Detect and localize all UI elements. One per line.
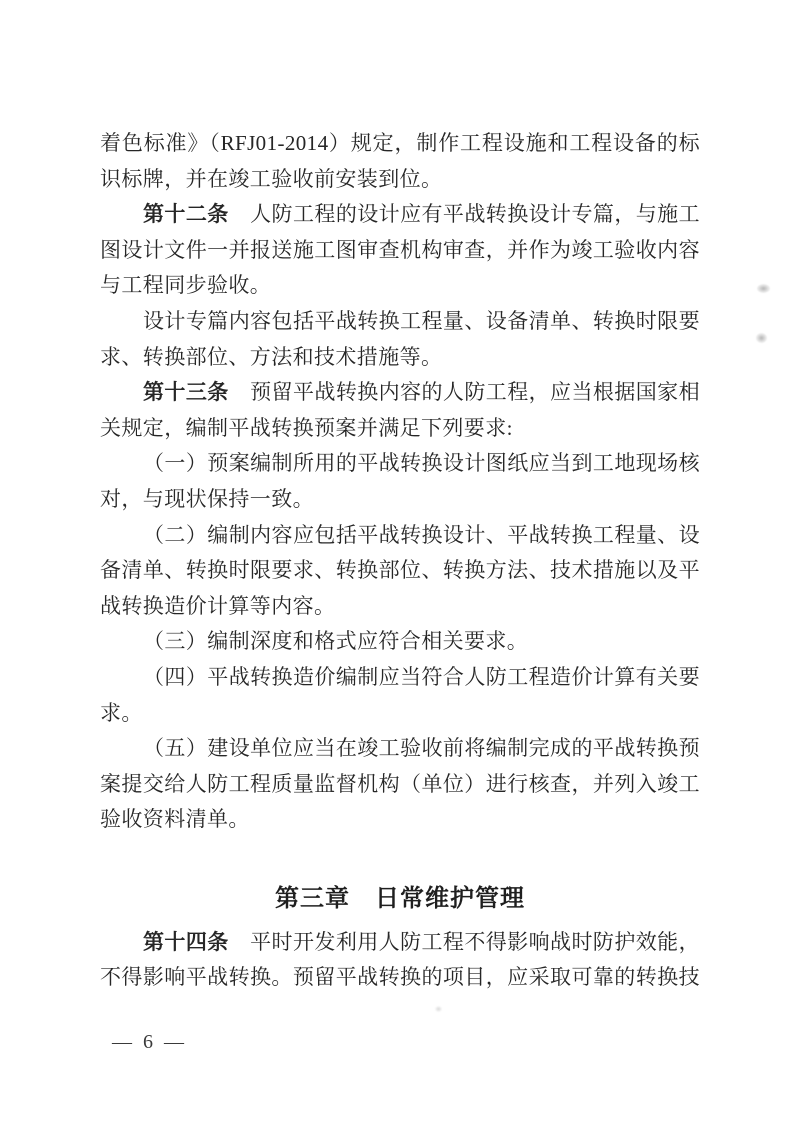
paragraph: （四）平战转换造价编制应当符合人防工程造价计算有关要求。 (100, 660, 700, 731)
body-text: 求。 (100, 701, 143, 725)
scan-smudge-artifact (757, 284, 770, 293)
scan-smudge-artifact (435, 1006, 442, 1012)
page-number: — 6 — (112, 1031, 187, 1054)
text-line: 案提交给人防工程质量监督机构（单位）进行核查，并列入竣工 (100, 767, 700, 803)
text-line: 求。 (100, 696, 700, 732)
text-line: 第十四条 平时开发利用人防工程不得影响战时防护效能， (100, 925, 700, 961)
body-text: 平时开发利用人防工程不得影响战时防护效能， (229, 930, 700, 954)
body-text: 着色标准》（RFJ01-2014）规定，制作工程设施和工程设备的标 (100, 131, 700, 155)
text-line: 关规定，编制平战转换预案并满足下列要求: (100, 411, 700, 447)
text-line: 求、转换部位、方法和技术措施等。 (100, 340, 700, 376)
paragraph: （五）建设单位应当在竣工验收前将编制完成的平战转换预案提交给人防工程质量监督机构… (100, 731, 700, 838)
text-line: 识标牌，并在竣工验收前安装到位。 (100, 162, 700, 198)
body-text: 设计专篇内容包括平战转换工程量、设备清单、转换时限要 (143, 309, 700, 333)
scanned-document-page: 着色标准》（RFJ01-2014）规定，制作工程设施和工程设备的标识标牌，并在竣… (0, 0, 793, 1122)
body-text: 人防工程的设计应有平战转换设计专篇，与施工 (229, 202, 700, 226)
body-text: 预留平战转换内容的人防工程，应当根据国家相 (229, 380, 700, 404)
body-text: （二）编制内容应包括平战转换设计、平战转换工程量、设 (143, 523, 700, 547)
chapter-heading: 第三章 日常维护管理 (100, 880, 700, 918)
paragraph: 第十四条 平时开发利用人防工程不得影响战时防护效能，不得影响平战转换。预留平战转… (100, 925, 700, 996)
document-body: 着色标准》（RFJ01-2014）规定，制作工程设施和工程设备的标识标牌，并在竣… (100, 126, 700, 996)
text-line: 图设计文件一并报送施工图审查机构审查，并作为竣工验收内容 (100, 233, 700, 269)
text-line: 战转换造价计算等内容。 (100, 589, 700, 625)
paragraph: 第十二条 人防工程的设计应有平战转换设计专篇，与施工图设计文件一并报送施工图审查… (100, 197, 700, 304)
article-number: 第十二条 (143, 202, 229, 226)
text-line: 第十二条 人防工程的设计应有平战转换设计专篇，与施工 (100, 197, 700, 233)
text-line: 备清单、转换时限要求、转换部位、转换方法、技术措施以及平 (100, 553, 700, 589)
body-text: 求、转换部位、方法和技术措施等。 (100, 345, 442, 369)
scan-smudge-artifact (756, 333, 767, 343)
text-line: （二）编制内容应包括平战转换设计、平战转换工程量、设 (100, 518, 700, 554)
body-text: 关规定，编制平战转换预案并满足下列要求: (100, 416, 513, 440)
text-line: （三）编制深度和格式应符合相关要求。 (100, 624, 700, 660)
article-number: 第十四条 (143, 930, 229, 954)
body-text: 与工程同步验收。 (100, 273, 271, 297)
text-line: 设计专篇内容包括平战转换工程量、设备清单、转换时限要 (100, 304, 700, 340)
paragraph: 第十三条 预留平战转换内容的人防工程，应当根据国家相关规定，编制平战转换预案并满… (100, 375, 700, 446)
text-line: 验收资料清单。 (100, 802, 700, 838)
paragraph: （一）预案编制所用的平战转换设计图纸应当到工地现场核对，与现状保持一致。 (100, 446, 700, 517)
text-line: 对，与现状保持一致。 (100, 482, 700, 518)
body-text: 备清单、转换时限要求、转换部位、转换方法、技术措施以及平 (100, 558, 700, 582)
body-text: 不得影响平战转换。预留平战转换的项目，应采取可靠的转换技 (100, 965, 700, 989)
article-number: 第十三条 (143, 380, 229, 404)
body-text: 验收资料清单。 (100, 807, 250, 831)
text-line: 着色标准》（RFJ01-2014）规定，制作工程设施和工程设备的标 (100, 126, 700, 162)
body-text: （四）平战转换造价编制应当符合人防工程造价计算有关要 (143, 665, 700, 689)
text-line: 第十三条 预留平战转换内容的人防工程，应当根据国家相 (100, 375, 700, 411)
body-text: 战转换造价计算等内容。 (100, 594, 335, 618)
body-text: 对，与现状保持一致。 (100, 487, 314, 511)
body-text: 识标牌，并在竣工验收前安装到位。 (100, 167, 442, 191)
body-text: （五）建设单位应当在竣工验收前将编制完成的平战转换预 (143, 736, 700, 760)
paragraph: （二）编制内容应包括平战转换设计、平战转换工程量、设备清单、转换时限要求、转换部… (100, 518, 700, 625)
paragraph: 设计专篇内容包括平战转换工程量、设备清单、转换时限要求、转换部位、方法和技术措施… (100, 304, 700, 375)
paragraph: 着色标准》（RFJ01-2014）规定，制作工程设施和工程设备的标识标牌，并在竣… (100, 126, 700, 197)
text-line: 与工程同步验收。 (100, 268, 700, 304)
body-text: 案提交给人防工程质量监督机构（单位）进行核查，并列入竣工 (100, 772, 700, 796)
body-text: （一）预案编制所用的平战转换设计图纸应当到工地现场核 (143, 451, 700, 475)
body-text: （三）编制深度和格式应符合相关要求。 (143, 629, 528, 653)
text-line: （五）建设单位应当在竣工验收前将编制完成的平战转换预 (100, 731, 700, 767)
text-line: 不得影响平战转换。预留平战转换的项目，应采取可靠的转换技 (100, 960, 700, 996)
text-line: （四）平战转换造价编制应当符合人防工程造价计算有关要 (100, 660, 700, 696)
paragraph: （三）编制深度和格式应符合相关要求。 (100, 624, 700, 660)
text-line: （一）预案编制所用的平战转换设计图纸应当到工地现场核 (100, 446, 700, 482)
body-text: 图设计文件一并报送施工图审查机构审查，并作为竣工验收内容 (100, 238, 700, 262)
